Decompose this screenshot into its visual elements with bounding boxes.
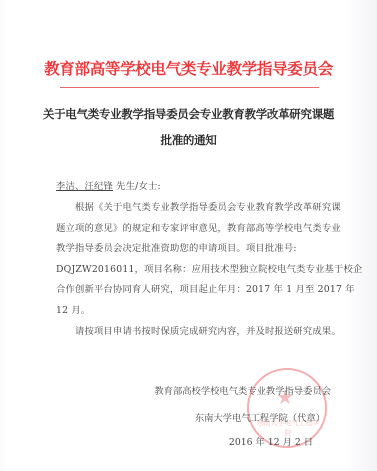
paragraph-line: 教学指导委员会决定批准资助您的申请项目。项目批准号: (56, 239, 328, 260)
signature-proxy: 东南大学电气工程学院（代章） (195, 410, 325, 424)
document-page: 教育部高等学校电气类专业教学指导委员会 关于电气类专业教学指导委员会专业教育教学… (0, 0, 377, 471)
paragraph-line: 合作创新平台协同育人研究，项目起止年月：2017 年 1 月至 2017 年 (56, 280, 328, 301)
signature-date: 2016 年 12 月 2 日 (229, 434, 313, 448)
salutation: 李洁、汪纪锋 先生/女士: (56, 177, 328, 198)
body-paragraph-2: 请按项目申请书按时保质完成研究内容，并及时报送研究成果。 (56, 322, 347, 343)
body-paragraph-1: 根据《关于电气类专业教学指导委员会专业教育教学改革研究课 题立项的意见》的规定和… (56, 198, 328, 321)
letterhead-divider (60, 87, 319, 88)
document-title-line-2: 批准的通知 (0, 132, 377, 148)
recipient-names: 李洁、汪纪锋 (56, 181, 113, 192)
paragraph-line: DQJZW2016011，项目名称：应用技术型独立院校电气类专业基于校企 (56, 260, 328, 281)
letterhead-title: 教育部高等学校电气类专业教学指导委员会 (0, 57, 377, 79)
salutation-suffix: 先生/女士: (113, 181, 161, 192)
paragraph-line: 题立项的意见》的规定和专家评审意见，教育部高等学校电气类专业 (56, 219, 328, 240)
document-title-line-1: 关于电气类专业教学指导委员会专业教育教学改革研究课题 (0, 106, 377, 122)
paragraph-line: 根据《关于电气类专业教学指导委员会专业教育教学改革研究课 (56, 198, 328, 219)
signature-issuer: 教育部高校学校电气类专业教学指导委员会 (154, 383, 331, 397)
paragraph-line: 12 月。 (56, 301, 328, 322)
